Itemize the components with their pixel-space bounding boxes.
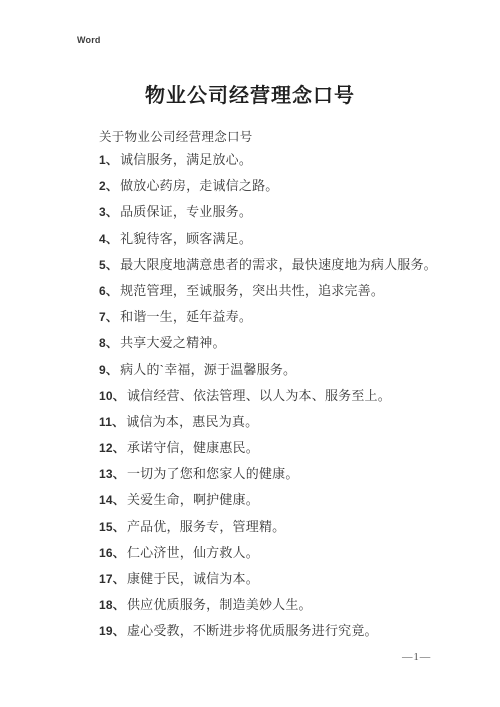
- list-item-text: 产品优，服务专，管理精。: [127, 519, 285, 534]
- list-item-number: 9、: [99, 363, 118, 377]
- list-item-number: 15、: [99, 520, 125, 534]
- list-item: 17、康健于民，诚信为本。: [99, 566, 484, 592]
- word-app-label: Word: [77, 35, 101, 45]
- document-page: Word 物业公司经营理念口号 关于物业公司经营理念口号 1、诚信服务，满足放心…: [0, 0, 500, 707]
- list-item: 10、诚信经营、依法管理、以人为本、服务至上。: [99, 383, 484, 409]
- list-item-number: 8、: [99, 336, 118, 350]
- list-item-text: 做放心药房，走诚信之路。: [120, 178, 278, 193]
- list-item-text: 品质保证，专业服务。: [120, 204, 252, 219]
- list-item-text: 病人的`幸福，源于温馨服务。: [120, 362, 296, 377]
- list-item: 6、规范管理，至诚服务，突出共性，追求完善。: [99, 278, 484, 304]
- list-item: 2、做放心药房，走诚信之路。: [99, 173, 484, 199]
- document-subtitle: 关于物业公司经营理念口号: [99, 127, 253, 145]
- list-item: 7、和谐一生，延年益寿。: [99, 304, 484, 330]
- list-item: 4、礼貌待客，顾客满足。: [99, 226, 484, 252]
- list-item-number: 3、: [99, 205, 118, 219]
- list-item-text: 诚信为本，惠民为真。: [126, 414, 258, 429]
- list-item: 3、品质保证，专业服务。: [99, 199, 484, 225]
- list-item-text: 供应优质服务，制造美妙人生。: [127, 597, 312, 612]
- list-item: 11、诚信为本，惠民为真。: [99, 409, 484, 435]
- list-item-text: 诚信服务，满足放心。: [120, 152, 252, 167]
- list-item-number: 6、: [99, 284, 118, 298]
- list-item-text: 最大限度地满意患者的需求，最快速度地为病人服务。: [120, 257, 437, 272]
- list-item-text: 诚信经营、依法管理、以人为本、服务至上。: [127, 388, 391, 403]
- list-item: 13、一切为了您和您家人的健康。: [99, 461, 484, 487]
- list-item-number: 14、: [99, 493, 125, 507]
- list-item-text: 规范管理，至诚服务，突出共性，追求完善。: [120, 283, 384, 298]
- list-item: 12、承诺守信，健康惠民。: [99, 435, 484, 461]
- list-item-number: 11、: [99, 415, 124, 429]
- list-item-text: 一切为了您和您家人的健康。: [127, 466, 299, 481]
- list-item-text: 关爱生命，啊护健康。: [127, 492, 259, 507]
- list-item-number: 19、: [99, 624, 125, 638]
- list-item: 19、虚心受教，不断进步将优质服务进行究竟。: [99, 618, 484, 644]
- document-title: 物业公司经营理念口号: [0, 79, 500, 108]
- list-item-number: 13、: [99, 467, 125, 481]
- list-item-number: 7、: [99, 310, 118, 324]
- list-item-number: 17、: [99, 572, 125, 586]
- list-item-number: 16、: [99, 546, 125, 560]
- list-item-number: 5、: [99, 258, 118, 272]
- page-number: —1—: [402, 652, 431, 663]
- list-item-text: 虚心受教，不断进步将优质服务进行究竟。: [127, 623, 378, 638]
- list-item-text: 承诺守信，健康惠民。: [127, 440, 259, 455]
- list-item: 1、诚信服务，满足放心。: [99, 147, 484, 173]
- list-item: 14、关爱生命，啊护健康。: [99, 487, 484, 513]
- list-item-number: 4、: [99, 232, 118, 246]
- list-item: 8、共享大爱之精神。: [99, 330, 484, 356]
- list-item-text: 仁心济世，仙方救人。: [127, 545, 259, 560]
- list-item-number: 18、: [99, 598, 125, 612]
- list-item-number: 12、: [99, 441, 125, 455]
- slogan-list: 1、诚信服务，满足放心。 2、做放心药房，走诚信之路。 3、品质保证，专业服务。…: [99, 147, 484, 645]
- list-item-number: 2、: [99, 179, 118, 193]
- list-item-text: 康健于民，诚信为本。: [127, 571, 259, 586]
- list-item-text: 和谐一生，延年益寿。: [120, 309, 252, 324]
- list-item: 15、产品优，服务专，管理精。: [99, 514, 484, 540]
- list-item: 9、病人的`幸福，源于温馨服务。: [99, 357, 484, 383]
- list-item-number: 1、: [99, 153, 118, 167]
- list-item: 18、供应优质服务，制造美妙人生。: [99, 592, 484, 618]
- list-item-text: 共享大爱之精神。: [120, 335, 226, 350]
- list-item: 16、仁心济世，仙方救人。: [99, 540, 484, 566]
- list-item-number: 10、: [99, 389, 125, 403]
- list-item-text: 礼貌待客，顾客满足。: [120, 231, 252, 246]
- list-item: 5、最大限度地满意患者的需求，最快速度地为病人服务。: [99, 252, 484, 278]
